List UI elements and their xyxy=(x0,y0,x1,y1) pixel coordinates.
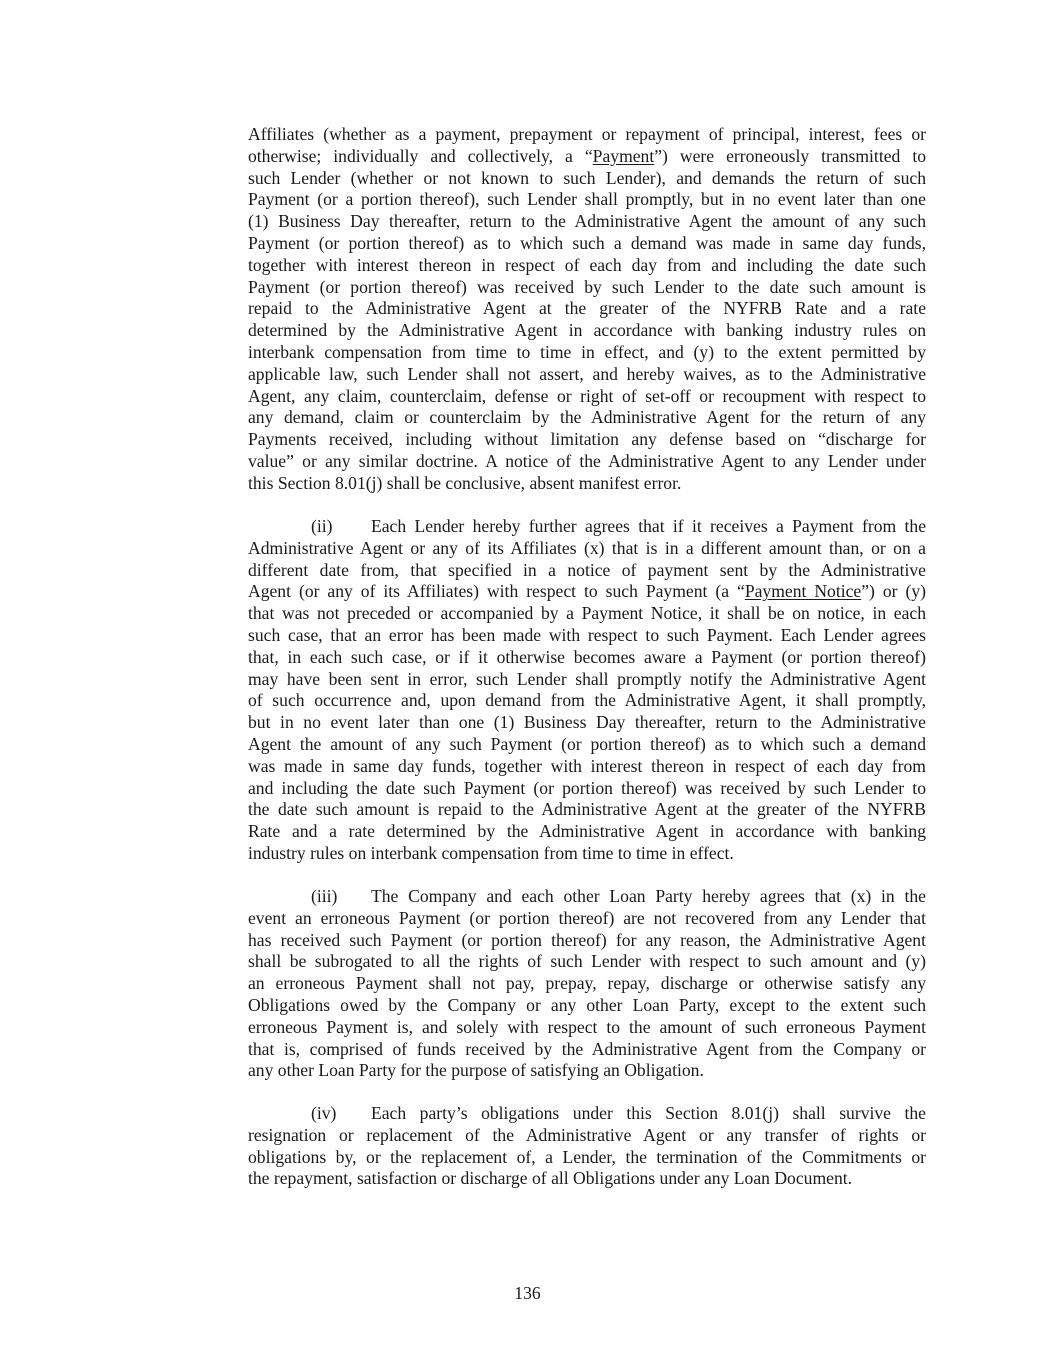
text-line: Agent, any claim, counterclaim, defense … xyxy=(248,386,926,408)
text-line: that is, comprised of funds received by … xyxy=(248,1039,926,1061)
defined-term: Payment xyxy=(593,146,655,166)
clause-label: (iii) xyxy=(248,886,371,908)
text-line: resignation or replacement of the Admini… xyxy=(248,1125,926,1147)
text-line: Affiliates (whether as a payment, prepay… xyxy=(248,124,926,146)
text-line: Payments received, including without lim… xyxy=(248,429,926,451)
paragraph-ii: (ii)Each Lender hereby further agrees th… xyxy=(248,516,926,865)
text-line: (iv)Each party’s obligations under this … xyxy=(248,1103,926,1125)
text-line: Payment (or portion thereof) as to which… xyxy=(248,233,926,255)
text-line: together with interest thereon in respec… xyxy=(248,255,926,277)
text-line: that, in each such case, or if it otherw… xyxy=(248,647,926,669)
text-line: (1) Business Day thereafter, return to t… xyxy=(248,211,926,233)
text-line: value” or any similar doctrine. A notice… xyxy=(248,451,926,473)
text-line: industry rules on interbank compensation… xyxy=(248,843,926,865)
defined-term: Payment Notice xyxy=(745,581,861,601)
text-line: Agent (or any of its Affiliates) with re… xyxy=(248,581,926,603)
text-line: Administrative Agent or any of its Affil… xyxy=(248,538,926,560)
text-line: and including the date such Payment (or … xyxy=(248,778,926,800)
text-line: any demand, claim or counterclaim by the… xyxy=(248,407,926,429)
text-line: the date such amount is repaid to the Ad… xyxy=(248,799,926,821)
text-line: shall be subrogated to all the rights of… xyxy=(248,951,926,973)
text-line: but in no event later than one (1) Busin… xyxy=(248,712,926,734)
text-line: an erroneous Payment shall not pay, prep… xyxy=(248,973,926,995)
text-line: the repayment, satisfaction or discharge… xyxy=(248,1168,926,1190)
text-line: any other Loan Party for the purpose of … xyxy=(248,1060,926,1082)
text-line: that was not preceded or accompanied by … xyxy=(248,603,926,625)
text-line: erroneous Payment is, and solely with re… xyxy=(248,1017,926,1039)
document-page: Affiliates (whether as a payment, prepay… xyxy=(0,0,1055,1365)
text-line: Obligations owed by the Company or any o… xyxy=(248,995,926,1017)
text-line: Payment (or portion thereof) was receive… xyxy=(248,277,926,299)
text-line: otherwise; individually and collectively… xyxy=(248,146,926,168)
clause-label: (iv) xyxy=(248,1103,371,1125)
text-line: was made in same day funds, together wit… xyxy=(248,756,926,778)
text-line: has received such Payment (or portion th… xyxy=(248,930,926,952)
text-line: may have been sent in error, such Lender… xyxy=(248,669,926,691)
text-line: of such occurrence and, upon demand from… xyxy=(248,690,926,712)
text-line: event an erroneous Payment (or portion t… xyxy=(248,908,926,930)
paragraph-continuation: Affiliates (whether as a payment, prepay… xyxy=(248,124,926,495)
text-line: obligations by, or the replacement of, a… xyxy=(248,1147,926,1169)
text-line: determined by the Administrative Agent i… xyxy=(248,320,926,342)
text-line: Agent the amount of any such Payment (or… xyxy=(248,734,926,756)
text-line: Rate and a rate determined by the Admini… xyxy=(248,821,926,843)
text-line: this Section 8.01(j) shall be conclusive… xyxy=(248,473,926,495)
text-line: interbank compensation from time to time… xyxy=(248,342,926,364)
text-line: repaid to the Administrative Agent at th… xyxy=(248,298,926,320)
text-line: such case, that an error has been made w… xyxy=(248,625,926,647)
page-number: 136 xyxy=(0,1282,1055,1304)
text-line: applicable law, such Lender shall not as… xyxy=(248,364,926,386)
clause-label: (ii) xyxy=(248,516,371,538)
text-line: (ii)Each Lender hereby further agrees th… xyxy=(248,516,926,538)
text-line: different date from, that specified in a… xyxy=(248,560,926,582)
text-line: (iii)The Company and each other Loan Par… xyxy=(248,886,926,908)
text-line: such Lender (whether or not known to suc… xyxy=(248,168,926,190)
text-line: Payment (or a portion thereof), such Len… xyxy=(248,189,926,211)
paragraph-iii: (iii)The Company and each other Loan Par… xyxy=(248,886,926,1082)
paragraph-iv: (iv)Each party’s obligations under this … xyxy=(248,1103,926,1190)
